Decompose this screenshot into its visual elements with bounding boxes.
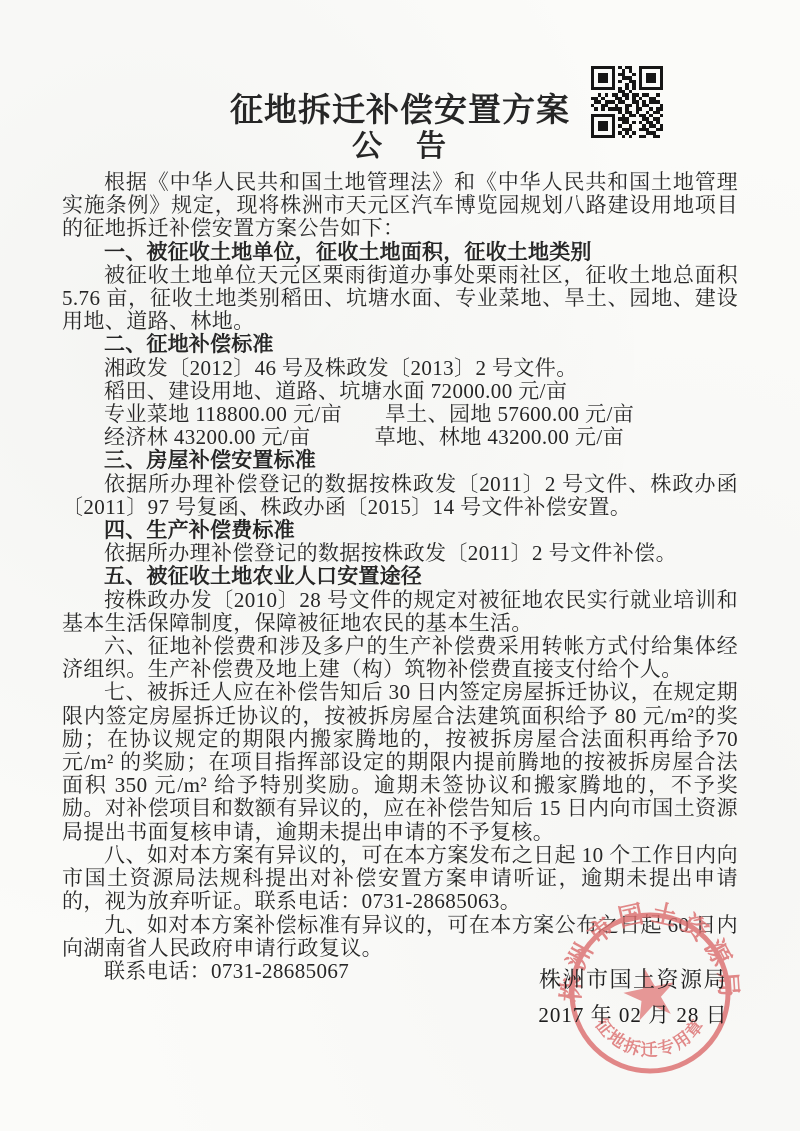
signature-block: 株洲市国土资源局 2017 年 02 月 28 日 bbox=[533, 962, 733, 1032]
issuer-name: 株洲市国土资源局 bbox=[533, 962, 733, 998]
paragraph: 被征收土地单位天元区栗雨街道办事处栗雨社区，征收土地总面积 5.76 亩，征收土… bbox=[62, 264, 738, 334]
paragraph: 按株政办发〔2010〕28 号文件的规定对被征地农民实行就业培训和基本生活保障制… bbox=[62, 589, 738, 635]
document-header: 征地拆迁补偿安置方案 公 告 bbox=[0, 0, 800, 164]
paragraph: 稻田、建设用地、道路、坑塘水面 72000.00 元/亩 bbox=[62, 380, 738, 403]
document-subtitle: 公 告 bbox=[0, 130, 800, 164]
section-heading: 五、被征收土地农业人口安置途径 bbox=[62, 565, 738, 588]
paragraph: 六、征地补偿费和涉及多户的生产补偿费采用转帐方式付给集体经济组织。生产补偿费及地… bbox=[62, 635, 738, 681]
section-heading: 一、被征收土地单位，征收土地面积，征收土地类别 bbox=[62, 241, 738, 264]
paragraph: 专业菜地 118800.00 元/亩 旱土、园地 57600.00 元/亩 bbox=[62, 403, 738, 426]
paragraph: 七、被拆迁人应在补偿告知后 30 日内签定房屋拆迁协议，在规定期限内签定房屋拆迁… bbox=[62, 681, 738, 843]
section-heading: 三、房屋补偿安置标准 bbox=[62, 449, 738, 472]
section-heading: 二、征地补偿标准 bbox=[62, 333, 738, 356]
paragraph: 根据《中华人民共和国土地管理法》和《中华人民共和国土地管理实施条例》规定，现将株… bbox=[62, 171, 738, 241]
document-title: 征地拆迁补偿安置方案 bbox=[0, 92, 800, 130]
section-heading: 四、生产补偿费标准 bbox=[62, 519, 738, 542]
issue-date: 2017 年 02 月 28 日 bbox=[533, 998, 733, 1032]
paragraph: 经济林 43200.00 元/亩 草地、林地 43200.00 元/亩 bbox=[62, 426, 738, 449]
qr-code bbox=[591, 66, 663, 138]
announcement-document: 征地拆迁补偿安置方案 公 告 根据《中华人民共和国土地管理法》和《中华人民共和国… bbox=[0, 0, 800, 1131]
paragraph: 依据所办理补偿登记的数据按株政发〔2011〕2 号文件补偿。 bbox=[62, 542, 738, 565]
document-body: 根据《中华人民共和国土地管理法》和《中华人民共和国土地管理实施条例》规定，现将株… bbox=[62, 171, 738, 983]
paragraph: 依据所办理补偿登记的数据按株政发〔2011〕2 号文件、株政办函〔2011〕97… bbox=[62, 473, 738, 519]
paragraph: 湘政发〔2012〕46 号及株政发〔2013〕2 号文件。 bbox=[62, 357, 738, 380]
